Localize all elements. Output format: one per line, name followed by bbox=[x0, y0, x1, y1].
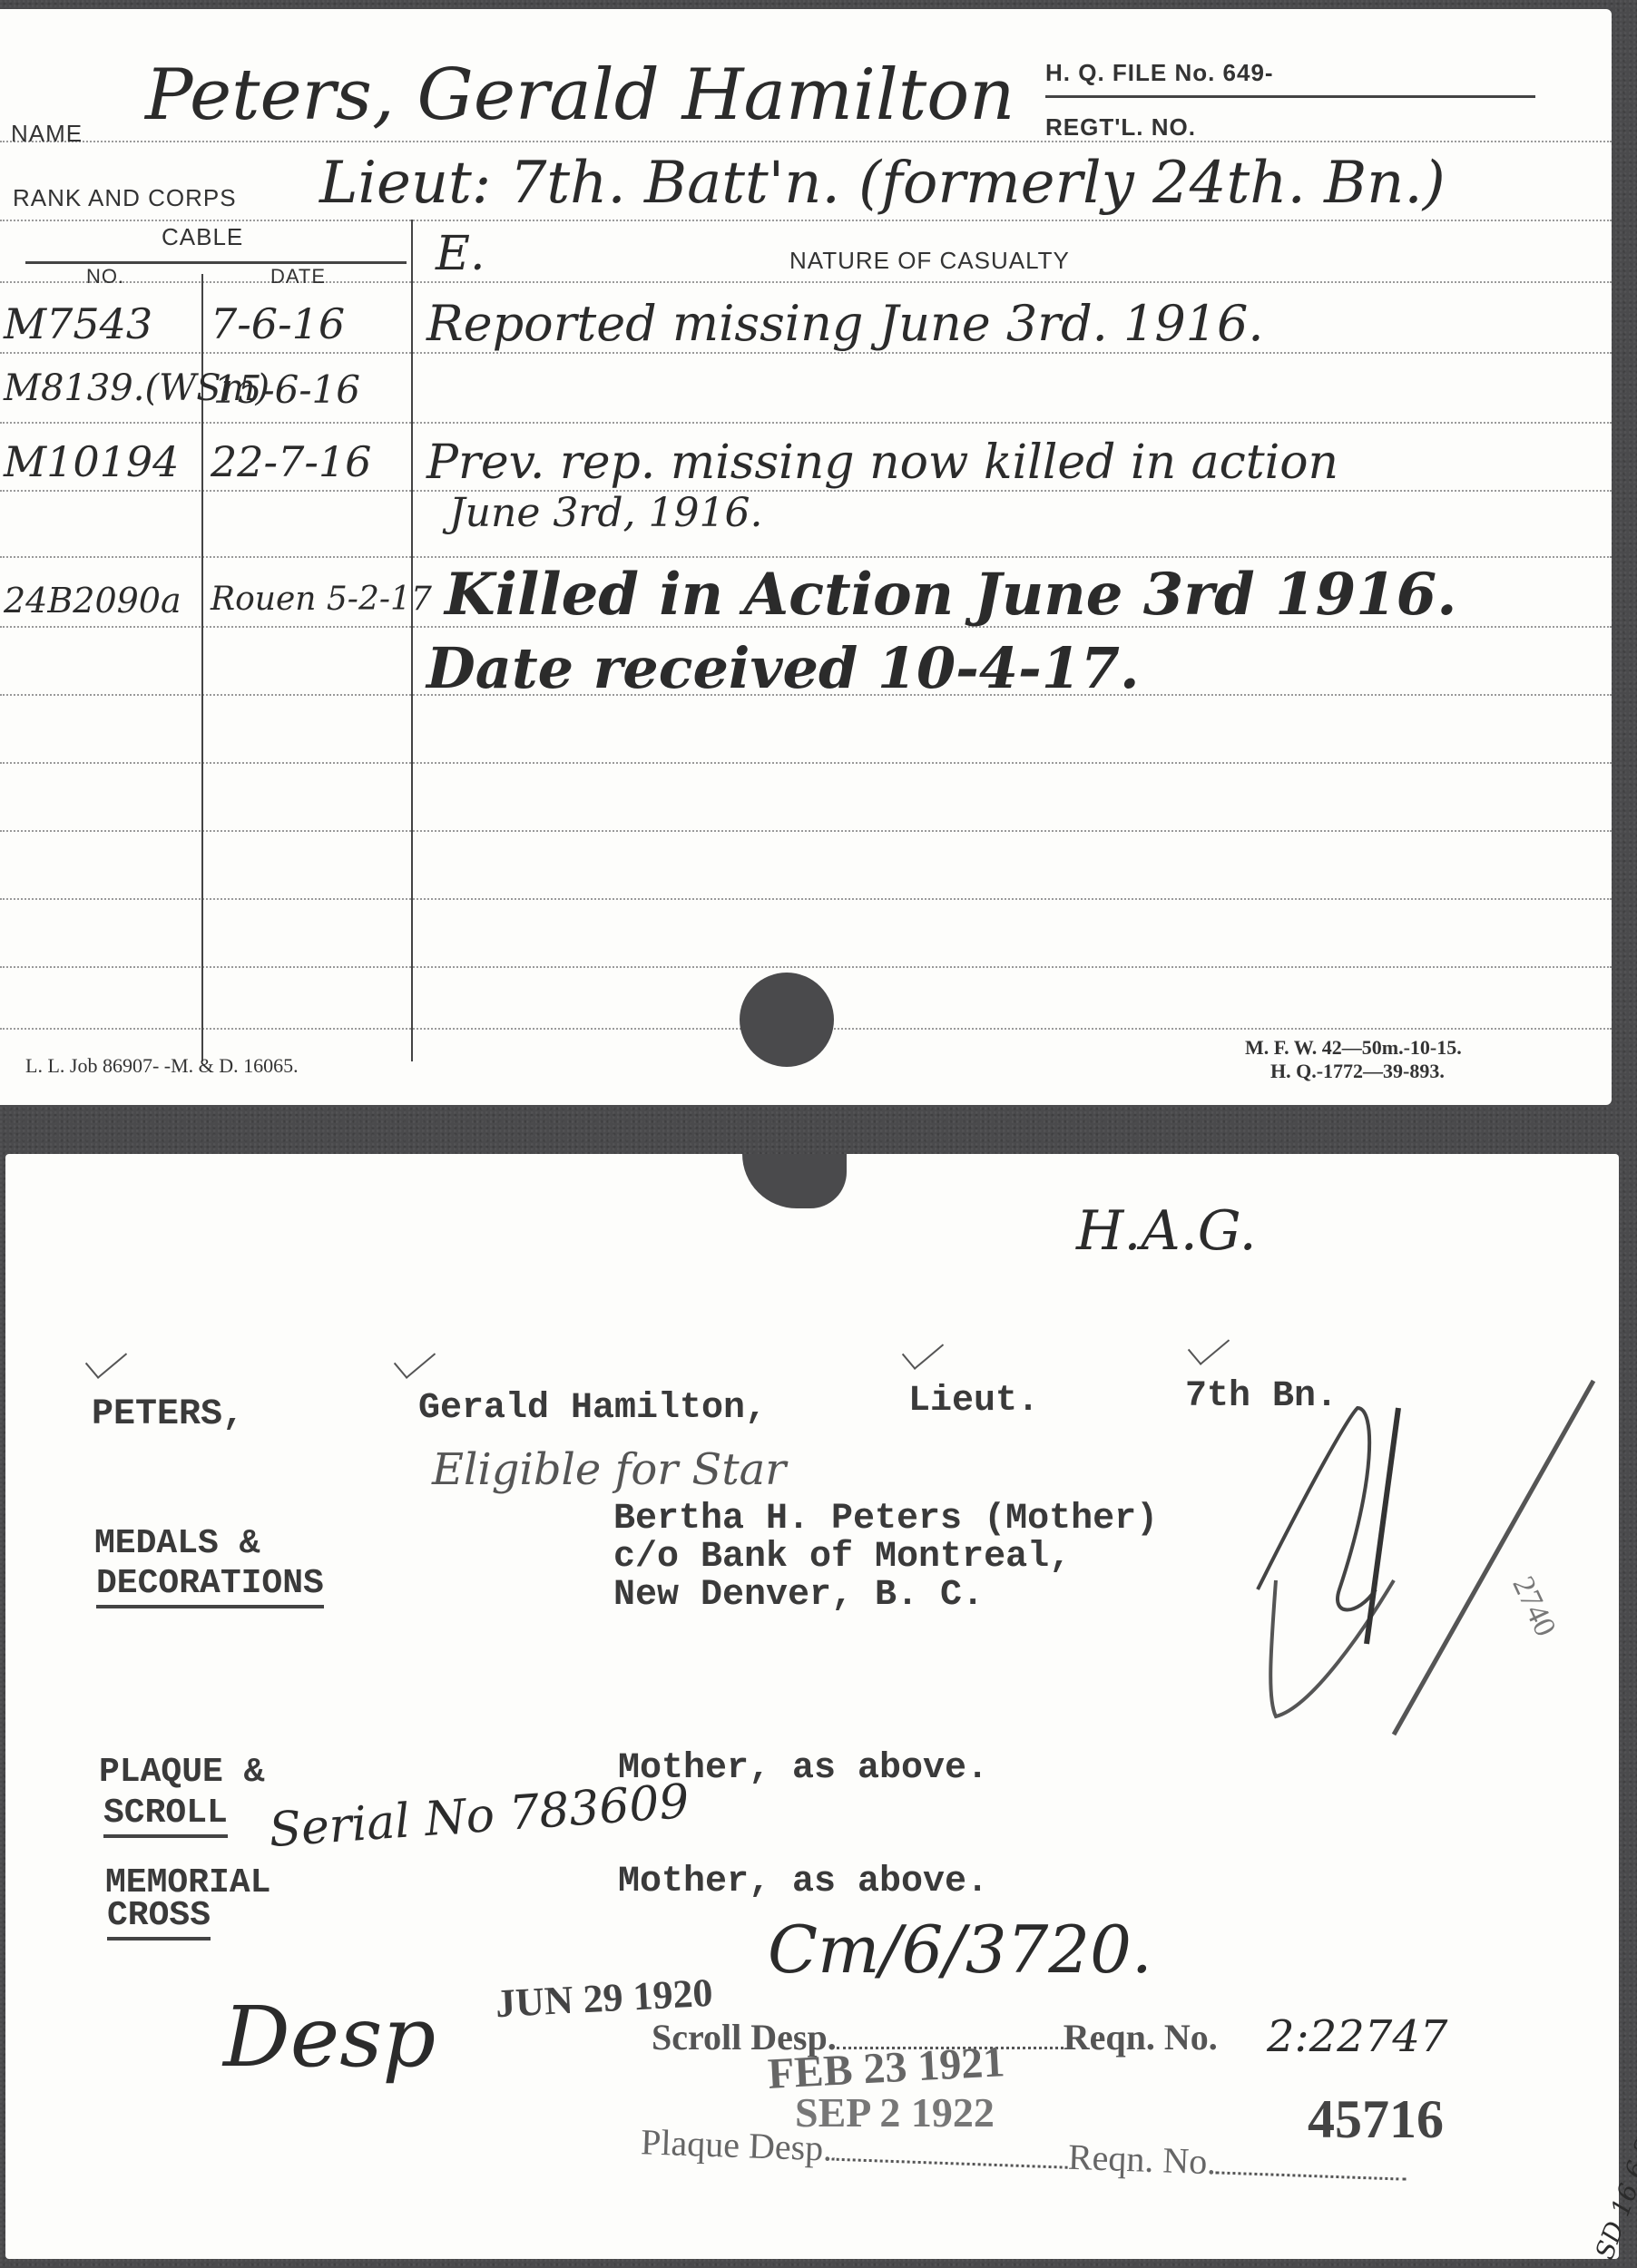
casualty-card: NAME Peters, Gerald Hamilton H. Q. FILE … bbox=[0, 9, 1612, 1105]
eligibility-note: Eligible for Star bbox=[432, 1444, 786, 1495]
ruled-line bbox=[0, 422, 1612, 424]
nature-cell: Prev. rep. missing now killed in action bbox=[426, 435, 1338, 490]
rank: Lieut. bbox=[908, 1381, 1039, 1422]
name-value: Peters, Gerald Hamilton bbox=[145, 54, 1015, 136]
cable-no-cell: M7543 bbox=[4, 299, 152, 348]
plaque-desp-row: Plaque Desp.Reqn. No. bbox=[640, 2120, 1407, 2189]
desp-reference: Cm/6/3720. bbox=[768, 1911, 1152, 1988]
plaque-reqn-label: Reqn. No. bbox=[1067, 2136, 1217, 2183]
initials-note: SD 16.6.2 bbox=[1589, 2134, 1637, 2263]
punch-hole bbox=[740, 973, 834, 1067]
cable-date-cell: 15-6-16 bbox=[213, 367, 360, 412]
ruled-line bbox=[0, 490, 1612, 492]
cable-no-cell: M10194 bbox=[4, 437, 179, 486]
check-mark-icon bbox=[1188, 1325, 1230, 1365]
form-code-line2: H. Q.-1772—39-893. bbox=[1270, 1060, 1445, 1083]
nature-cell: Reported missing June 3rd. 1916. bbox=[426, 295, 1264, 352]
cable-date-cell: Rouen 5-2-17 bbox=[211, 581, 432, 618]
medals-recipient-line1: Bertha H. Peters (Mother) bbox=[613, 1499, 1158, 1540]
check-mark-icon bbox=[85, 1339, 127, 1379]
signature-scrawl-icon bbox=[1240, 1372, 1621, 1753]
medals-recipient-line2: c/o Bank of Montreal, bbox=[613, 1537, 1071, 1578]
medals-card: H.A.G. PETERS, Gerald Hamilton, Lieut. 7… bbox=[5, 1154, 1619, 2259]
plaque-label-line2: SCROLL bbox=[103, 1794, 228, 1838]
cross-label-line2: CROSS bbox=[107, 1896, 211, 1941]
name-label: NAME bbox=[11, 120, 83, 148]
plaque-desp-stamp: SEP 2 1922 bbox=[795, 2088, 995, 2136]
ruled-line bbox=[0, 556, 1612, 558]
scroll-reqn-value: 2:22747 bbox=[1267, 2011, 1447, 2062]
nature-of-casualty-header: NATURE OF CASUALTY bbox=[789, 247, 1070, 275]
cable-no-header: NO. bbox=[86, 265, 124, 288]
dot-leader bbox=[832, 2158, 1068, 2169]
ruled-line bbox=[0, 220, 1612, 221]
ruled-line bbox=[0, 898, 1612, 900]
plaque-reqn-value: 45716 bbox=[1308, 2088, 1444, 2151]
cable-date-cell: 7-6-16 bbox=[211, 299, 345, 348]
ruled-line bbox=[0, 281, 1612, 283]
nature-marker: E. bbox=[436, 227, 485, 281]
given-names: Gerald Hamilton, bbox=[418, 1388, 767, 1429]
medals-label-line1: MEDALS & bbox=[94, 1524, 260, 1563]
scroll-reqn-label: Reqn. No. bbox=[1064, 2017, 1218, 2058]
medals-label-line2: DECORATIONS bbox=[96, 1564, 324, 1608]
hq-file-underline bbox=[1045, 95, 1535, 98]
hq-file-no-label: H. Q. FILE No. 649- bbox=[1045, 59, 1274, 87]
serial-note: Serial No 783609 bbox=[267, 1774, 691, 1858]
cable-date-header: DATE bbox=[270, 265, 326, 288]
surname: PETERS, bbox=[92, 1394, 244, 1435]
nature-cell: Killed in Action June 3rd 1916. bbox=[445, 561, 1456, 629]
corner-note: H.A.G. bbox=[1076, 1199, 1257, 1263]
check-mark-icon bbox=[902, 1330, 944, 1370]
dot-leader bbox=[1216, 2171, 1407, 2180]
cross-recipient: Mother, as above. bbox=[618, 1862, 988, 1902]
cable-date-cell: 22-7-16 bbox=[211, 437, 371, 486]
nature-cell: Date received 10-4-17. bbox=[426, 635, 1140, 701]
check-mark-icon bbox=[394, 1339, 436, 1379]
column-divider bbox=[411, 220, 413, 1061]
rank-and-corps-value: Lieut: 7th. Batt'n. (formerly 24th. Bn.) bbox=[319, 150, 1446, 217]
ruled-line bbox=[0, 830, 1612, 832]
cable-header-rule bbox=[25, 261, 407, 264]
ruled-line bbox=[0, 762, 1612, 764]
cable-no-cell: 24B2090a bbox=[4, 581, 181, 621]
regtl-no-label: REGT'L. NO. bbox=[1045, 113, 1196, 142]
nature-cell: June 3rd, 1916. bbox=[449, 490, 762, 536]
plaque-label-line1: PLAQUE & bbox=[99, 1753, 264, 1792]
desp-note: Desp bbox=[223, 1989, 436, 2086]
ruled-line bbox=[0, 352, 1612, 354]
form-code-line1: M. F. W. 42—50m.-10-15. bbox=[1245, 1036, 1462, 1060]
rank-and-corps-label: RANK AND CORPS bbox=[13, 184, 237, 212]
ruled-line bbox=[0, 966, 1612, 968]
medals-recipient-line3: New Denver, B. C. bbox=[613, 1575, 984, 1616]
printer-code: L. L. Job 86907- -M. & D. 16065. bbox=[25, 1054, 299, 1078]
ruled-line bbox=[0, 141, 1612, 142]
cable-header: CABLE bbox=[162, 223, 243, 251]
